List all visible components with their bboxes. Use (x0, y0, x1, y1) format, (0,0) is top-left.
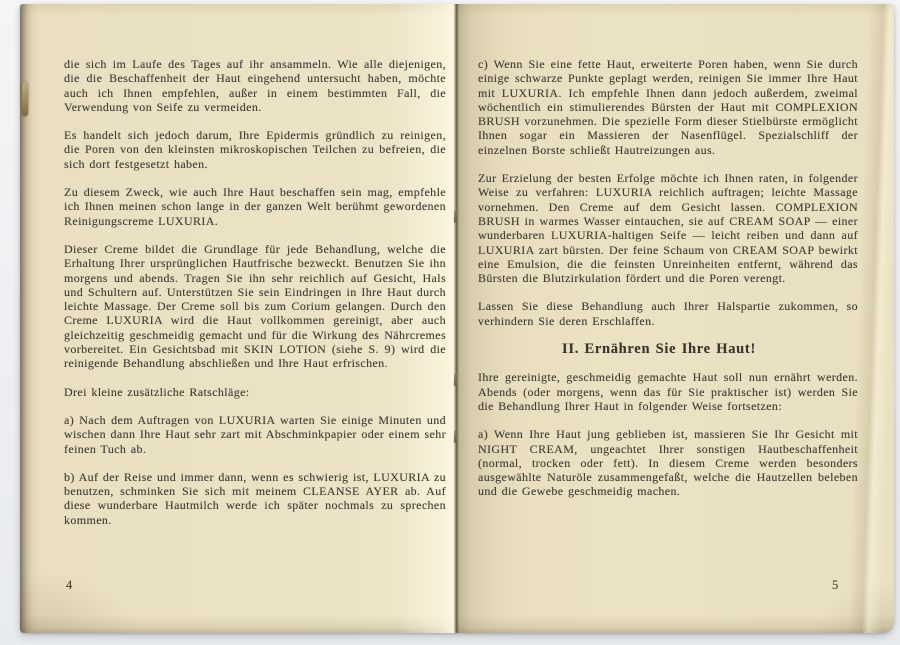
page-right: c) Wenn Sie eine fette Haut, erweiterte … (478, 57, 858, 499)
paragraph: c) Wenn Sie eine fette Haut, erweiterte … (478, 57, 858, 157)
page-number-left: 4 (66, 578, 72, 593)
paragraph: a) Wenn Ihre Haut jung geblieben ist, ma… (478, 427, 858, 498)
edge-staple (22, 82, 28, 116)
section-heading: II. Ernähren Sie Ihre Haut! (478, 342, 840, 356)
paragraph: Lassen Sie diese Behandlung auch Ihrer H… (478, 299, 858, 328)
spine-stitch (454, 373, 458, 386)
spine-stitch (454, 430, 458, 443)
spine-stitch (454, 210, 458, 223)
paragraph: b) Auf der Reise und immer dann, wenn es… (64, 470, 446, 527)
scanner-bed: die sich im Laufe des Tages auf ihr ansa… (0, 0, 900, 645)
page-number-right: 5 (832, 578, 838, 593)
open-booklet: die sich im Laufe des Tages auf ihr ansa… (20, 4, 894, 633)
paragraph: Zur Erzielung der besten Erfolge möchte … (478, 171, 858, 285)
paragraph: die sich im Laufe des Tages auf ihr ansa… (64, 57, 446, 114)
paragraph: Dieser Creme bildet die Grundlage für je… (64, 242, 446, 371)
paragraph: Ihre gereinigte, geschmeidig gemachte Ha… (478, 370, 858, 413)
paragraph: Zu diesem Zweck, wie auch Ihre Haut besc… (64, 185, 446, 228)
paragraph: Drei kleine zusätzliche Ratschläge: (64, 385, 446, 399)
paragraph: a) Nach dem Auftragen von LUXURIA warten… (64, 413, 446, 456)
page-left: die sich im Laufe des Tages auf ihr ansa… (64, 57, 446, 527)
paragraph: Es handelt sich jedoch darum, Ihre Epide… (64, 128, 446, 171)
